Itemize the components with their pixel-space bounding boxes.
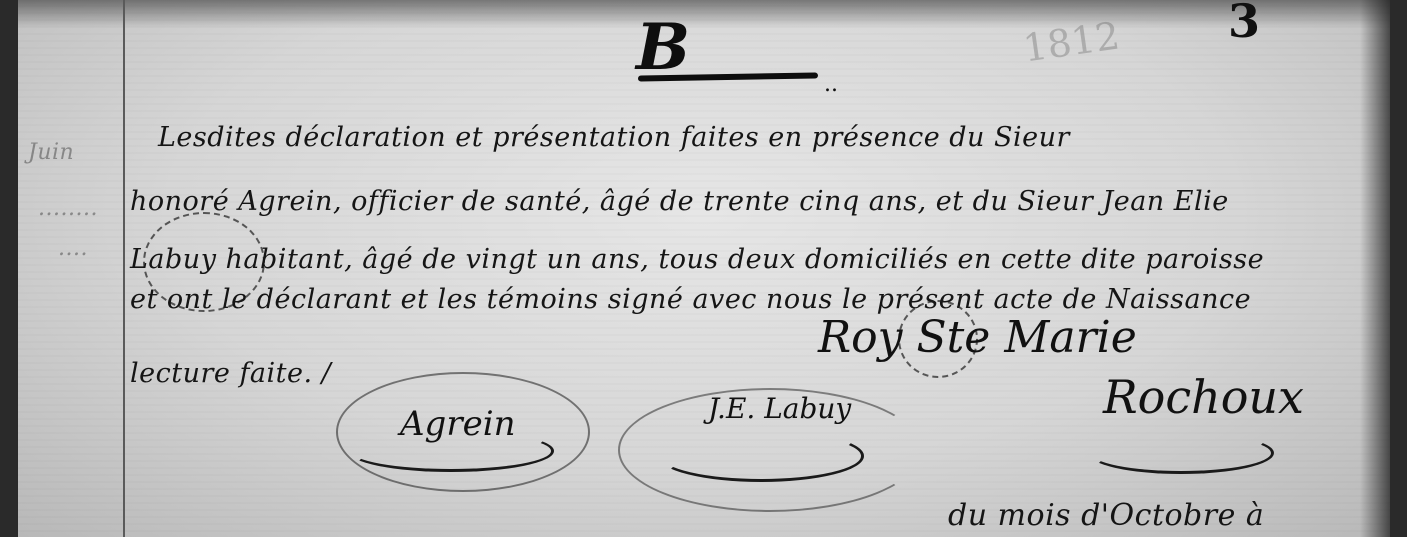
page-number: 3 — [1228, 0, 1260, 48]
margin-note: ........ — [38, 196, 98, 221]
entry-letter-mark: B — [636, 10, 690, 85]
signature-officer: Rochoux — [1103, 370, 1304, 424]
register-page: 1812 B .. 3 Juin ........ .... Lesdites … — [18, 0, 1390, 537]
margin-note: .... — [58, 236, 88, 261]
next-entry-fragment: du mois d'Octobre à — [948, 498, 1264, 533]
scan-shadow-right — [1360, 0, 1390, 537]
signature-roy-ste-marie: Roy Ste Marie — [818, 312, 1137, 363]
signature-flourish — [1088, 432, 1274, 474]
text-line-5: lecture faite. / — [130, 358, 331, 389]
scan-shadow-top — [18, 0, 1390, 28]
text-line-1: Lesdites déclaration et présentation fai… — [158, 122, 1070, 153]
text-line-4: et ont le déclarant et les témoins signé… — [130, 284, 1251, 315]
text-line-2: honoré Agrein, officier de santé, âgé de… — [130, 186, 1229, 217]
margin-rule — [123, 0, 125, 537]
margin-note: Juin — [28, 140, 74, 165]
entry-mark-dots: .. — [824, 72, 838, 97]
signature-flourish — [658, 430, 864, 482]
signature-flourish — [348, 430, 554, 472]
text-line-3: Labuy habitant, âgé de vingt un ans, tou… — [130, 244, 1264, 275]
